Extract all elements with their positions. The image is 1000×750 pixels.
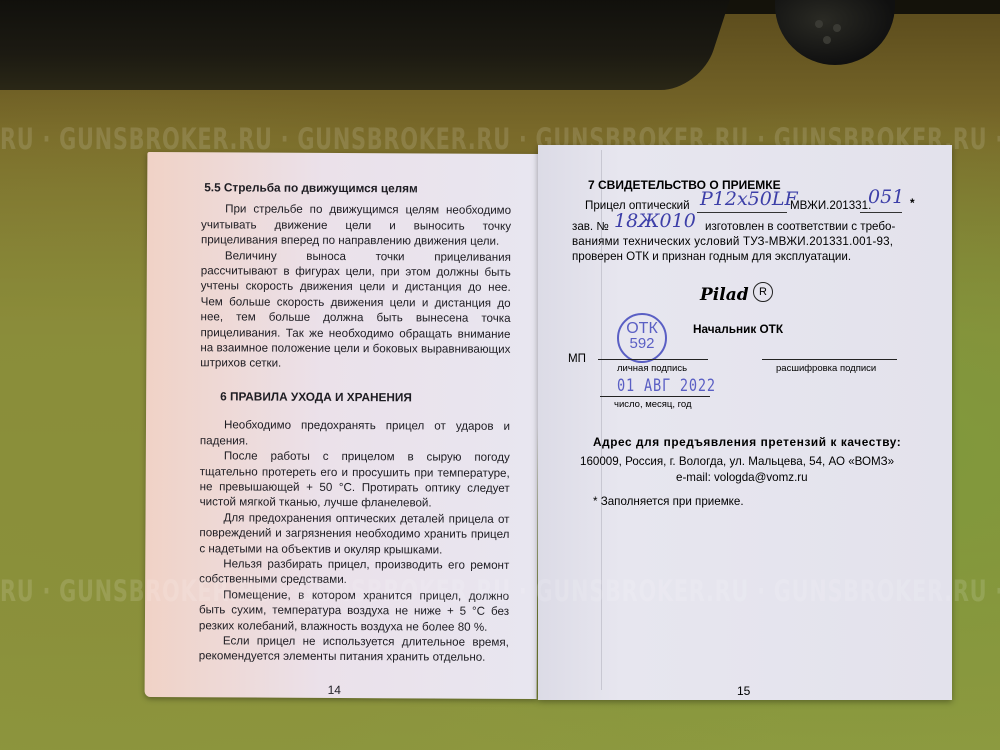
code-underline [860,212,902,213]
paragraph: После работы с прицелом в сырую погоду т… [200,448,510,511]
pilad-logo: Pilad [700,285,749,305]
watermark: RU · GUNSBROKER.RU · GUNSBROKER.RU · GUN… [0,574,1000,608]
page-number: 15 [737,684,750,698]
mp-label: МП [568,351,586,366]
page-number: 14 [328,683,341,697]
paragraph: Если прицел не используется длительное в… [199,633,509,665]
serial-handwritten: 18Ж010 [614,210,696,232]
paragraph: При стрельбе по движущимся целям необход… [201,202,511,250]
paragraph: Для предохранения оптических деталей при… [199,510,509,558]
signature-label: личная подпись [617,363,687,374]
stamp-top: ОТК [619,321,665,336]
section-6-title: 6 ПРАВИЛА УХОДА И ХРАНЕНИЯ [220,389,510,406]
head-label: Начальник ОТК [693,322,783,337]
background-knob [775,0,895,65]
paragraph: Необходимо предохранять прицел от ударов… [200,418,510,450]
signature-decode-label: расшифровка подписи [776,363,876,374]
stamp-number: 592 [619,336,665,351]
section-5-5-title: 5.5 Стрельба по движущимся целям [204,180,511,197]
signature-line[interactable] [598,359,708,360]
line2-text: изготовлен в соответствии с требо- [705,219,895,234]
serial-prefix: зав. № [572,219,609,234]
paragraph: Величину выноса точки прицеливания рассч… [200,248,511,373]
page-14: 5.5 Стрельба по движущимся целям При стр… [145,152,540,699]
claims-email[interactable]: e-mail: vologda@vomz.ru [676,470,808,485]
date-line[interactable] [600,396,710,397]
model-underline [697,212,787,213]
footnote: * Заполняется при приемке. [593,494,744,509]
line4-text: проверен ОТК и признан годным для эксплу… [572,249,851,264]
model-handwritten: P12x50LF [700,188,798,210]
claims-title: Адрес для предъявления претензий к качес… [593,435,901,450]
signature-decode-line[interactable] [762,359,897,360]
background-rifle-case [0,0,739,90]
date-stamp: 01 АВГ 2022 [617,376,716,396]
registered-mark-icon: R [753,282,773,302]
claims-address: 160009, Россия, г. Вологда, ул. Мальцева… [580,454,894,469]
code-handwritten: 051 [868,186,904,208]
date-label: число, месяц, год [614,399,692,410]
otk-stamp: ОТК 592 [617,313,667,363]
asterisk: * [910,196,915,211]
line3-text: ваниями технических условий ТУЗ-МВЖИ.201… [572,234,893,249]
